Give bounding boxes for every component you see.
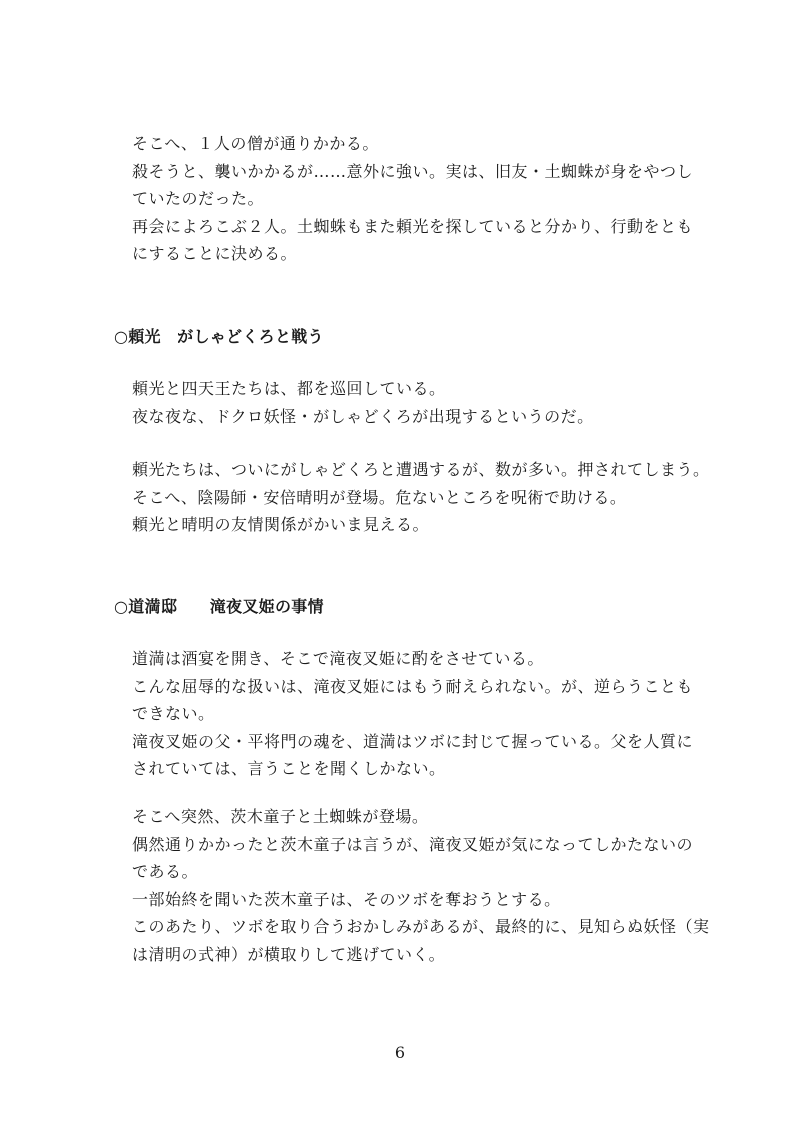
text-line: このあたり、ツボを取り合うおかしみがあるが、最終的に、見知らぬ妖怪（実: [132, 913, 692, 941]
text-line: そこへ、１人の僧が通りかかる。: [132, 130, 692, 158]
text-line: 再会によろこぶ２人。土蜘蛛もまた頼光を探していると分かり、行動をとも: [132, 213, 692, 241]
text-line: 一部始終を聞いた茨木童子は、そのツボを奪おうとする。: [132, 886, 692, 914]
document-page: そこへ、１人の僧が通りかかる。 殺そうと、襲いかかるが……意外に強い。実は、旧友…: [0, 0, 800, 1131]
text-line: 頼光と晴明の友情関係がかいま見える。: [132, 511, 692, 539]
text-line: 滝夜叉姫の父・平将門の魂を、道満はツボに封じて握っている。父を人質に: [132, 728, 692, 756]
text-line: である。: [132, 858, 692, 886]
text-line: そこへ突然、茨木童子と土蜘蛛が登場。: [132, 803, 692, 831]
text-line: 殺そうと、襲いかかるが……意外に強い。実は、旧友・土蜘蛛が身をやつし: [132, 158, 692, 186]
text-line: 偶然通りかかったと茨木童子は言うが、滝夜叉姫が気になってしかたないの: [132, 831, 692, 859]
text-line: は清明の式神）が横取りして逃げていく。: [132, 941, 692, 969]
text-line: こんな屈辱的な扱いは、滝夜叉姫にはもう耐えられない。が、逆らうことも: [132, 673, 692, 701]
text-line: にすることに決める。: [132, 240, 692, 268]
text-line: そこへ、陰陽師・安倍晴明が登場。危ないところを呪術で助ける。: [132, 484, 692, 512]
text-line: 夜な夜な、ドクロ妖怪・がしゃどくろが出現するというのだ。: [132, 403, 692, 431]
page-number: 6: [0, 1043, 800, 1062]
section-heading-doman: ○道満邸 滝夜叉姫の事情: [114, 596, 324, 618]
text-line: できない。: [132, 700, 692, 728]
paragraph-raiko-2: 頼光たちは、ついにがしゃどくろと遭遇するが、数が多い。押されてしまう。 そこへ、…: [132, 456, 692, 539]
text-line: 頼光たちは、ついにがしゃどくろと遭遇するが、数が多い。押されてしまう。: [132, 456, 692, 484]
text-line: 頼光と四天王たちは、都を巡回している。: [132, 375, 692, 403]
text-line: 道満は酒宴を開き、そこで滝夜叉姫に酌をさせている。: [132, 645, 692, 673]
paragraph-intro: そこへ、１人の僧が通りかかる。 殺そうと、襲いかかるが……意外に強い。実は、旧友…: [132, 130, 692, 268]
text-line: ていたのだった。: [132, 185, 692, 213]
paragraph-doman-2: そこへ突然、茨木童子と土蜘蛛が登場。 偶然通りかかったと茨木童子は言うが、滝夜叉…: [132, 803, 692, 968]
section-heading-raiko: ○頼光 がしゃどくろと戦う: [114, 326, 324, 348]
text-line: されていては、言うことを聞くしかない。: [132, 755, 692, 783]
paragraph-doman-1: 道満は酒宴を開き、そこで滝夜叉姫に酌をさせている。 こんな屈辱的な扱いは、滝夜叉…: [132, 645, 692, 783]
paragraph-raiko-1: 頼光と四天王たちは、都を巡回している。 夜な夜な、ドクロ妖怪・がしゃどくろが出現…: [132, 375, 692, 430]
